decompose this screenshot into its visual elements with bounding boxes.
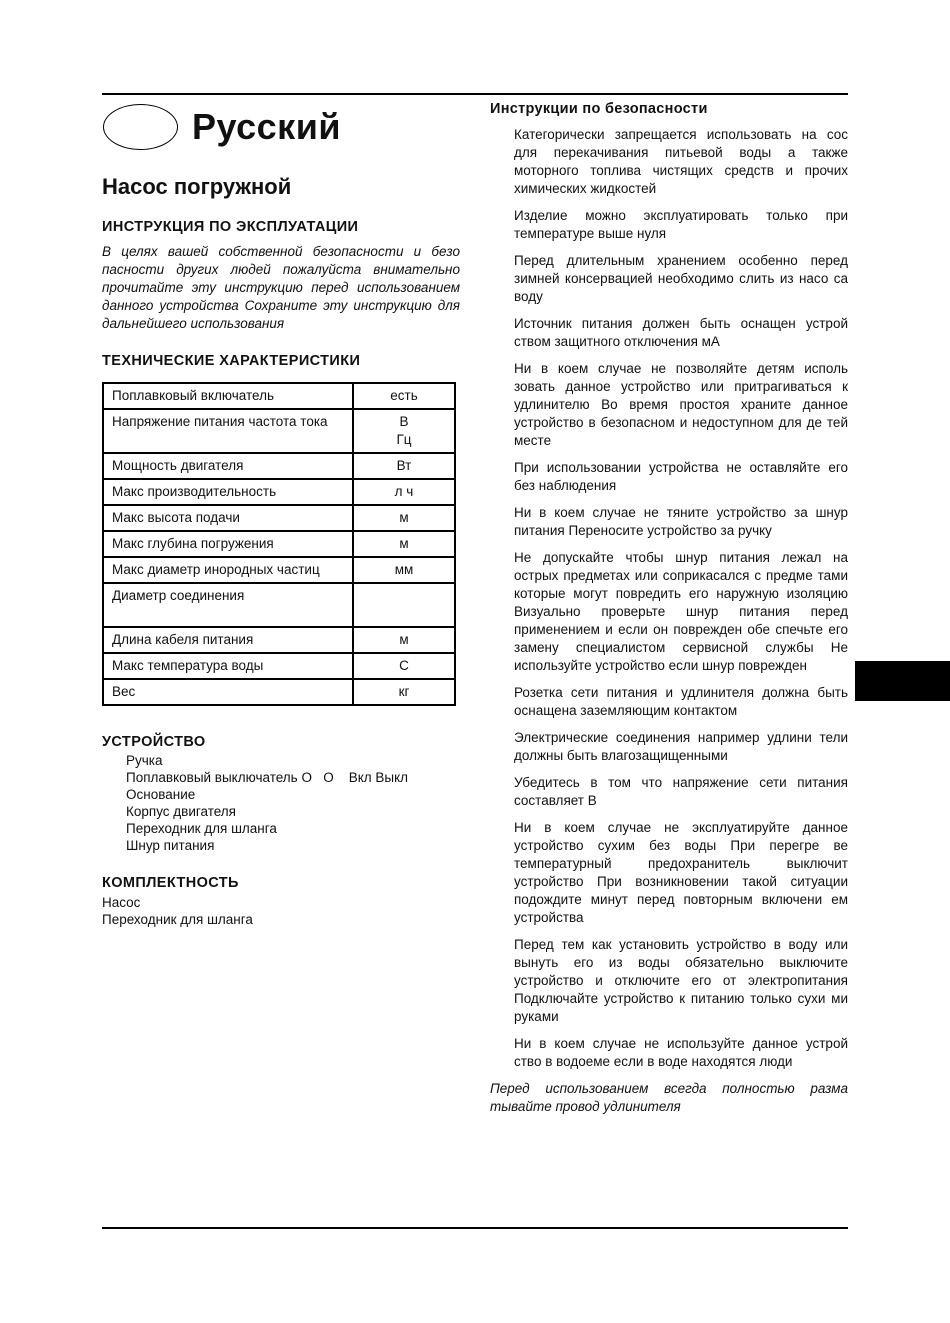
- spec-label: Вес: [103, 679, 353, 705]
- spec-row: Макс производительностьл ч: [103, 479, 455, 505]
- spec-row: Макс температура водыС: [103, 653, 455, 679]
- spec-label: Напряжение питания частота тока: [103, 409, 353, 453]
- spec-label: Длина кабеля питания: [103, 627, 353, 653]
- spec-row: Вескг: [103, 679, 455, 705]
- device-part-item: Корпус двигателя: [126, 803, 408, 820]
- language-oval-icon: [103, 104, 178, 150]
- language-title: Русский: [192, 104, 341, 150]
- device-parts-list: РучкаПоплавковый выключатель О О Вкл Вык…: [126, 752, 408, 854]
- safety-paragraph: Розетка сети питания и удлинителя должна…: [514, 684, 848, 720]
- safety-paragraph: Перед тем как установить устройство в во…: [514, 936, 848, 1026]
- safety-paragraph: Ни в коем случае не используйте данное у…: [514, 1035, 848, 1071]
- spec-value: м: [353, 627, 455, 653]
- device-part-item: Шнур питания: [126, 837, 408, 854]
- spec-value: кг: [353, 679, 455, 705]
- spec-value: мм: [353, 557, 455, 583]
- top-rule: [102, 93, 848, 95]
- spec-value: м: [353, 505, 455, 531]
- safety-paragraph: Категорически запрещается использовать н…: [514, 126, 848, 198]
- device-part-item: Основание: [126, 786, 408, 803]
- spec-label: Макс высота подачи: [103, 505, 353, 531]
- spec-value: м: [353, 531, 455, 557]
- safety-section: Инструкции по безопасности Категорически…: [490, 100, 848, 1125]
- spec-value: В Гц: [353, 409, 455, 453]
- spec-value: есть: [353, 383, 455, 409]
- manual-intro: В целях вашей собственной безопасности и…: [102, 243, 460, 333]
- specs-heading: ТЕХНИЧЕСКИЕ ХАРАКТЕРИСТИКИ: [102, 353, 360, 369]
- spec-label: Макс производительность: [103, 479, 353, 505]
- safety-paragraph: Электрические соединения например удлини…: [514, 729, 848, 765]
- safety-paragraph: Перед длительным хранением особенно пере…: [514, 252, 848, 306]
- spec-row: Напряжение питания частота токаВ Гц: [103, 409, 455, 453]
- device-part-item: Поплавковый выключатель О О Вкл Выкл: [126, 769, 408, 786]
- spec-value: [353, 583, 455, 627]
- spec-label: Поплавковый включатель: [103, 383, 353, 409]
- spec-value: С: [353, 653, 455, 679]
- device-heading: УСТРОЙСТВО: [102, 734, 206, 750]
- language-section-tab: [855, 661, 950, 701]
- spec-label: Мощность двигателя: [103, 453, 353, 479]
- spec-row: Длина кабеля питаниям: [103, 627, 455, 653]
- spec-row: Макс высота подачим: [103, 505, 455, 531]
- device-part-item: Переходник для шланга: [126, 820, 408, 837]
- spec-value: л ч: [353, 479, 455, 505]
- package-heading: КОМПЛЕКТНОСТЬ: [102, 875, 239, 891]
- spec-row: Макс диаметр инородных частицмм: [103, 557, 455, 583]
- bottom-rule: [102, 1227, 848, 1229]
- spec-row: Мощность двигателяВт: [103, 453, 455, 479]
- safety-paragraph: Убедитесь в том что напряжение сети пита…: [514, 774, 848, 810]
- spec-row: Поплавковый включательесть: [103, 383, 455, 409]
- spec-label: Макс диаметр инородных частиц: [103, 557, 353, 583]
- package-contents-list: НасосПереходник для шланга: [102, 894, 253, 928]
- safety-paragraph: Не допускайте чтобы шнур питания лежал н…: [514, 549, 848, 675]
- safety-paragraph: Ни в коем случае не тяните устройство за…: [514, 504, 848, 540]
- spec-label: Макс глубина погружения: [103, 531, 353, 557]
- manual-heading: ИНСТРУКЦИЯ ПО ЭКСПЛУАТАЦИИ: [102, 219, 358, 235]
- safety-paragraph: Источник питания должен быть оснащен уст…: [514, 315, 848, 351]
- specs-table: Поплавковый включательестьНапряжение пит…: [102, 382, 456, 706]
- safety-paragraph: При использовании устройства не оставляй…: [514, 459, 848, 495]
- spec-label: Макс температура воды: [103, 653, 353, 679]
- spec-value: Вт: [353, 453, 455, 479]
- safety-paragraph: Ни в коем случае не позволяйте детям исп…: [514, 360, 848, 450]
- document-title: Насос погружной: [102, 172, 291, 202]
- spec-row: Диаметр соединения: [103, 583, 455, 627]
- safety-paragraph: Ни в коем случае не эксплуатируйте данно…: [514, 819, 848, 927]
- safety-paragraph: Изделие можно эксплуатировать только при…: [514, 207, 848, 243]
- package-item: Переходник для шланга: [102, 911, 253, 928]
- spec-label: Диаметр соединения: [103, 583, 353, 627]
- package-item: Насос: [102, 894, 253, 911]
- spec-row: Макс глубина погружениям: [103, 531, 455, 557]
- safety-note: Перед использованием всегда полностью ра…: [490, 1080, 848, 1116]
- device-part-item: Ручка: [126, 752, 408, 769]
- safety-heading: Инструкции по безопасности: [490, 100, 848, 118]
